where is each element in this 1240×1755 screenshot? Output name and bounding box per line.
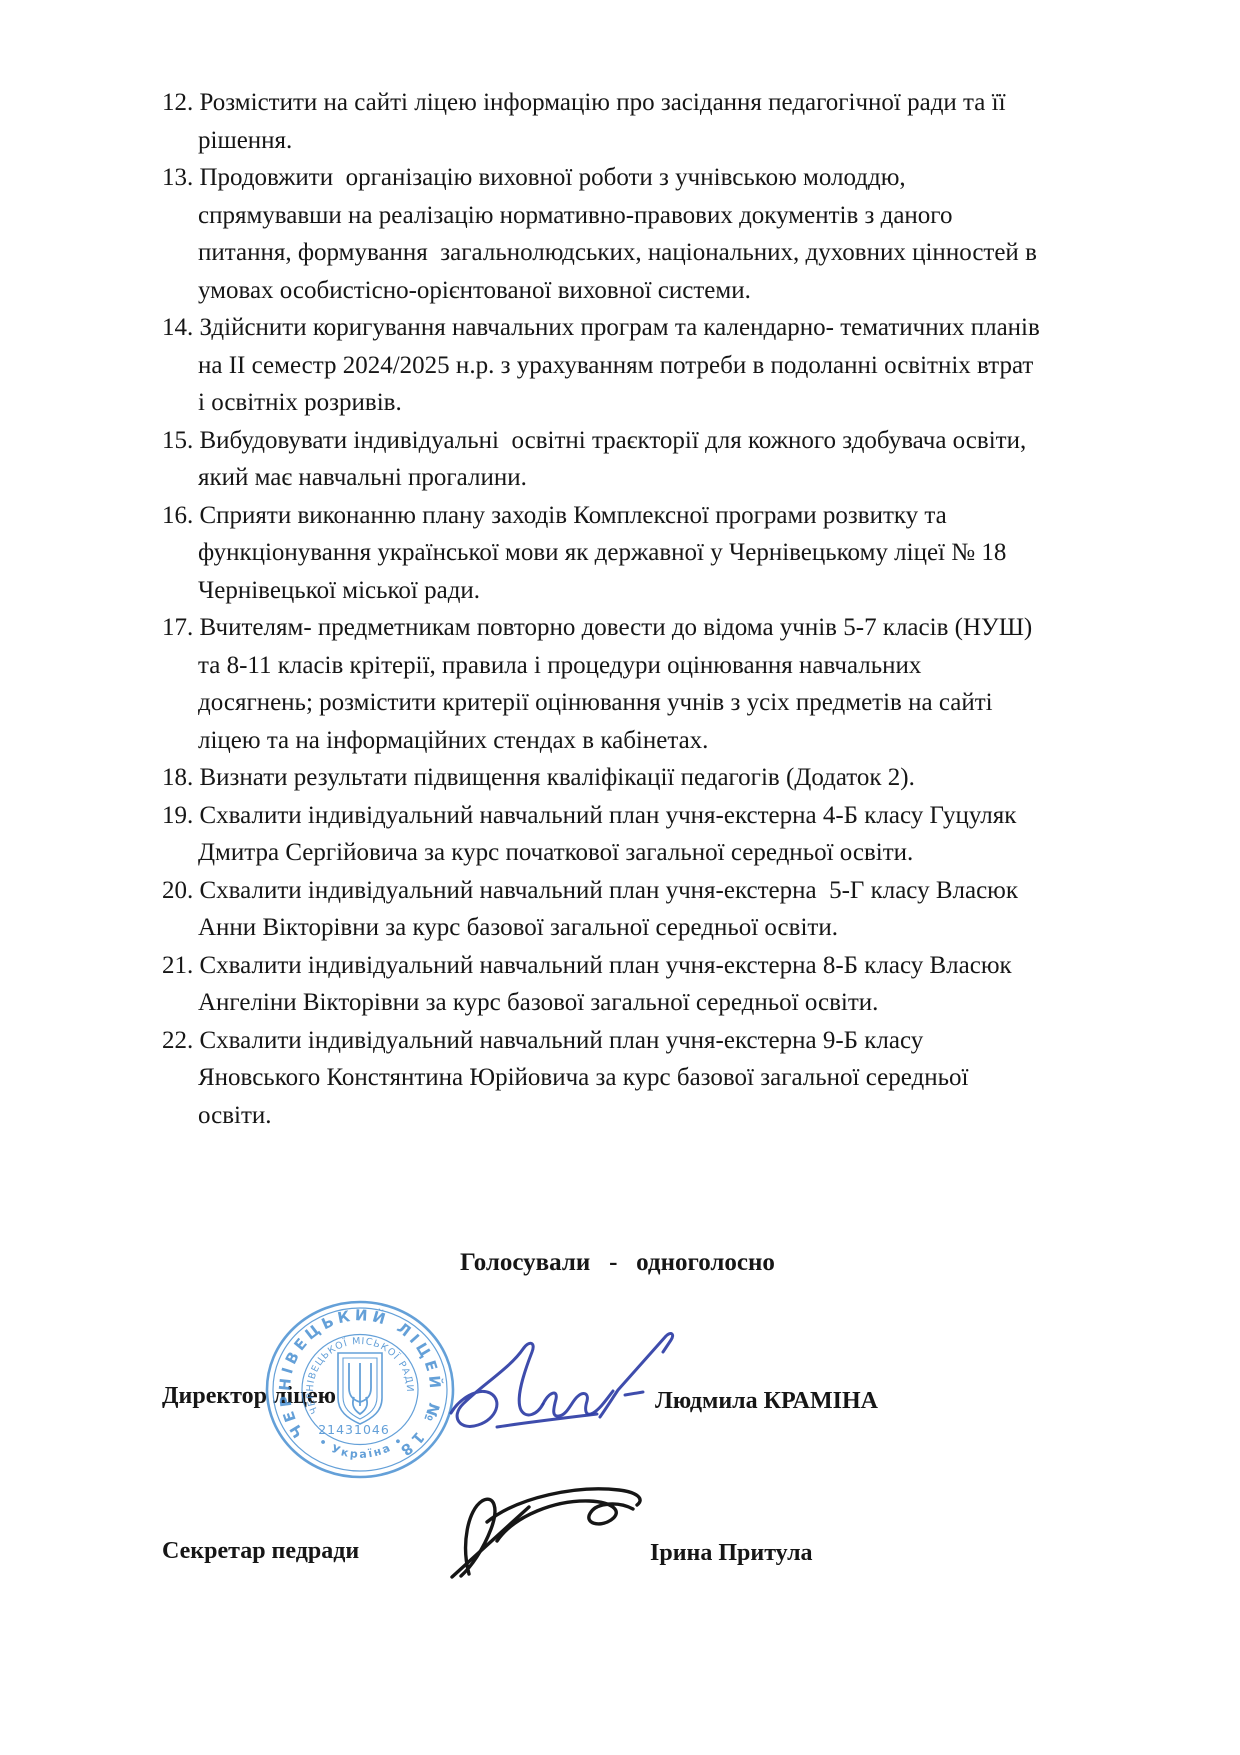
resolution-list: 12. Розмістити на сайті ліцею інформацію… [162, 84, 1040, 1134]
director-signature [451, 1333, 673, 1427]
stamp-country-text: • Україна • [316, 1433, 406, 1461]
list-item: 14. Здійснити коригування навчальних про… [162, 309, 1040, 422]
item-text: Вчителям- предметникам повторно довести … [198, 614, 1039, 754]
director-label: Директор ліцею [162, 1383, 336, 1410]
item-number: 13. [162, 164, 193, 191]
item-text: Визнати результати підвищення кваліфікац… [200, 764, 915, 791]
item-text: Розмістити на сайті ліцею інформацію про… [198, 89, 1012, 154]
list-item: 17. Вчителям- предметникам повторно дове… [162, 609, 1040, 759]
list-item: 15. Вибудовувати індивідуальні освітні т… [162, 422, 1040, 497]
item-text: Схвалити індивідуальний навчальний план … [198, 1027, 975, 1129]
vote-result-line: Голосували - одноголосно [460, 1249, 775, 1277]
list-item: 22. Схвалити індивідуальний навчальний п… [162, 1022, 1040, 1135]
list-item: 13. Продовжити організацію виховної робо… [162, 159, 1040, 309]
list-item: 20. Схвалити індивідуальний навчальний п… [162, 872, 1040, 947]
secretary-signature [452, 1489, 640, 1577]
item-number: 12. [162, 89, 193, 116]
item-text: Сприяти виконанню плану заходів Комплекс… [198, 502, 1013, 604]
list-item: 16. Сприяти виконанню плану заходів Комп… [162, 497, 1040, 610]
secretary-label: Секретар педради [162, 1538, 359, 1565]
item-text: Схвалити індивідуальний навчальний план … [198, 952, 1018, 1017]
list-item: 18. Визнати результати підвищення кваліф… [162, 759, 1040, 797]
item-text: Схвалити індивідуальний навчальний план … [198, 802, 1023, 867]
item-number: 17. [162, 614, 193, 641]
item-number: 16. [162, 502, 193, 529]
item-number: 21. [162, 952, 193, 979]
director-name: Людмила КРАМІНА [655, 1388, 878, 1415]
item-text: Схвалити індивідуальний навчальний план … [198, 877, 1024, 942]
item-number: 14. [162, 314, 193, 341]
item-number: 20. [162, 877, 193, 904]
item-number: 15. [162, 427, 193, 454]
item-text: Вибудовувати індивідуальні освітні траєк… [198, 427, 1032, 492]
list-item: 12. Розмістити на сайті ліцею інформацію… [162, 84, 1040, 159]
stamp-code-number: 21431046 [318, 1422, 390, 1437]
list-item: 19. Схвалити індивідуальний навчальний п… [162, 797, 1040, 872]
trident-shield-icon [338, 1353, 382, 1424]
item-number: 22. [162, 1027, 193, 1054]
document-page: 12. Розмістити на сайті ліцею інформацію… [0, 0, 1240, 1755]
item-text: Здійснити коригування навчальних програм… [198, 314, 1046, 416]
item-text: Продовжити організацію виховної роботи з… [198, 164, 1043, 304]
list-item: 21. Схвалити індивідуальний навчальний п… [162, 947, 1040, 1022]
item-number: 18. [162, 764, 193, 791]
item-number: 19. [162, 802, 193, 829]
secretary-name: Ірина Притула [650, 1540, 813, 1567]
